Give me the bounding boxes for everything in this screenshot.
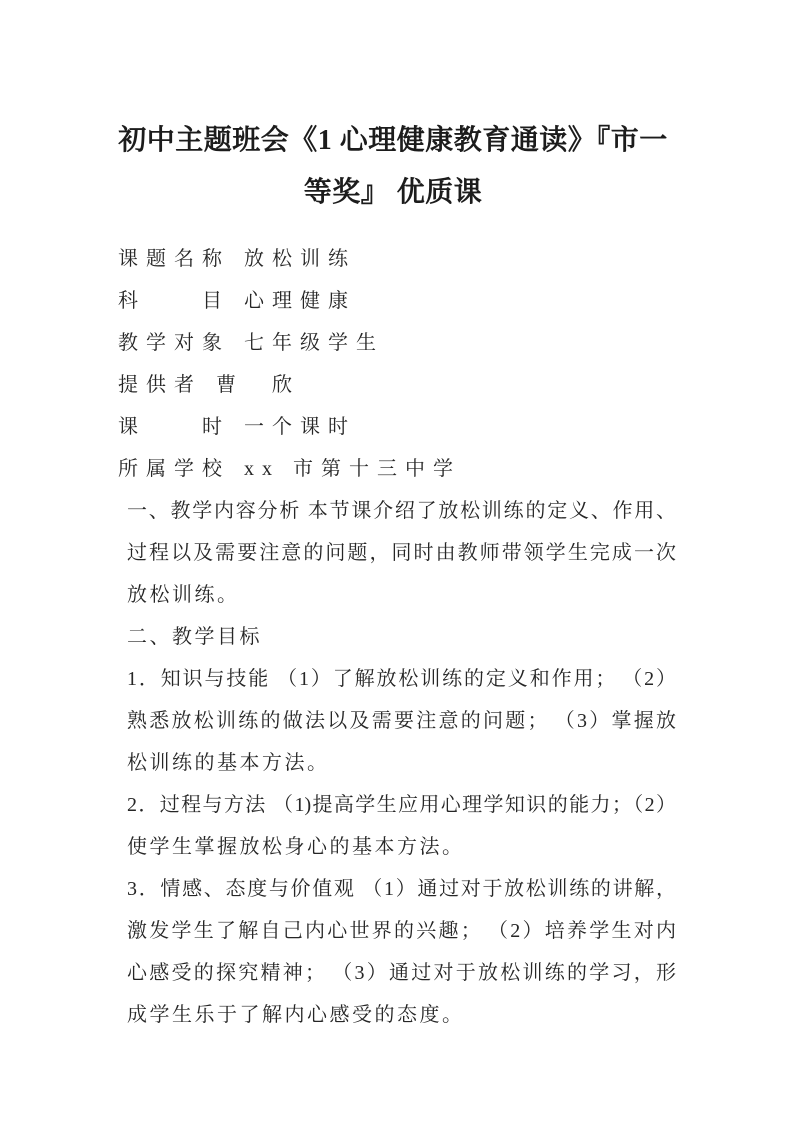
body-line: 激发学生了解自己内心世界的兴趣； （2）培养学生对内 xyxy=(127,910,676,952)
body-line: 2．过程与方法 （1)提高学生应用心理学知识的能力；（2） xyxy=(127,784,676,826)
meta-block: 课题名称放松训练科 目心理健康教学对象七年级学生提供者曹 欣课 时一个课时所属学… xyxy=(118,238,676,490)
meta-line: 科 目心理健康 xyxy=(118,280,676,322)
meta-value: xx 市第十三中学 xyxy=(244,458,461,480)
body-line: 使学生掌握放松身心的基本方法。 xyxy=(127,826,676,868)
meta-value: 心理健康 xyxy=(244,290,356,312)
body-line: 放松训练。 xyxy=(127,574,676,616)
body-line: 松训练的基本方法。 xyxy=(127,742,676,784)
meta-line: 提供者曹 欣 xyxy=(118,364,676,406)
body-line: 心感受的探究精神； （3）通过对于放松训练的学习，形 xyxy=(127,952,676,994)
meta-label: 课 时 xyxy=(118,416,230,438)
meta-line: 课题名称放松训练 xyxy=(118,238,676,280)
body-block: 一、教学内容分析 本节课介绍了放松训练的定义、作用、过程以及需要注意的问题，同时… xyxy=(118,490,676,1036)
body-line: 成学生乐于了解内心感受的态度。 xyxy=(127,994,676,1036)
body-line: 1．知识与技能 （1）了解放松训练的定义和作用； （2） xyxy=(127,658,676,700)
document-page: 初中主题班会《1 心理健康教育通读》『市一 等奖』 优质课 课题名称放松训练科 … xyxy=(0,0,793,1122)
document-content: 课题名称放松训练科 目心理健康教学对象七年级学生提供者曹 欣课 时一个课时所属学… xyxy=(118,238,676,1036)
meta-line: 课 时一个课时 xyxy=(118,406,676,448)
document-title: 初中主题班会《1 心理健康教育通读》『市一 等奖』 优质课 xyxy=(108,115,678,219)
meta-value: 七年级学生 xyxy=(244,332,384,354)
meta-label: 科 目 xyxy=(118,290,230,312)
meta-label: 提供者 xyxy=(118,374,202,396)
meta-label: 课题名称 xyxy=(118,248,230,270)
body-line: 一、教学内容分析 本节课介绍了放松训练的定义、作用、 xyxy=(127,490,676,532)
body-line: 二、教学目标 xyxy=(127,616,676,658)
meta-value: 放松训练 xyxy=(244,248,356,270)
body-line: 3．情感、态度与价值观 （1）通过对于放松训练的讲解， xyxy=(127,868,676,910)
title-line-2: 等奖』 优质课 xyxy=(108,167,678,219)
meta-line: 教学对象七年级学生 xyxy=(118,322,676,364)
body-line: 熟悉放松训练的做法以及需要注意的问题； （3）掌握放 xyxy=(127,700,676,742)
meta-value: 曹 欣 xyxy=(216,374,300,396)
body-line: 过程以及需要注意的问题，同时由教师带领学生完成一次 xyxy=(127,532,676,574)
meta-line: 所属学校xx 市第十三中学 xyxy=(118,448,676,490)
meta-label: 所属学校 xyxy=(118,458,230,480)
meta-value: 一个课时 xyxy=(244,416,356,438)
meta-label: 教学对象 xyxy=(118,332,230,354)
title-line-1: 初中主题班会《1 心理健康教育通读》『市一 xyxy=(108,115,678,167)
